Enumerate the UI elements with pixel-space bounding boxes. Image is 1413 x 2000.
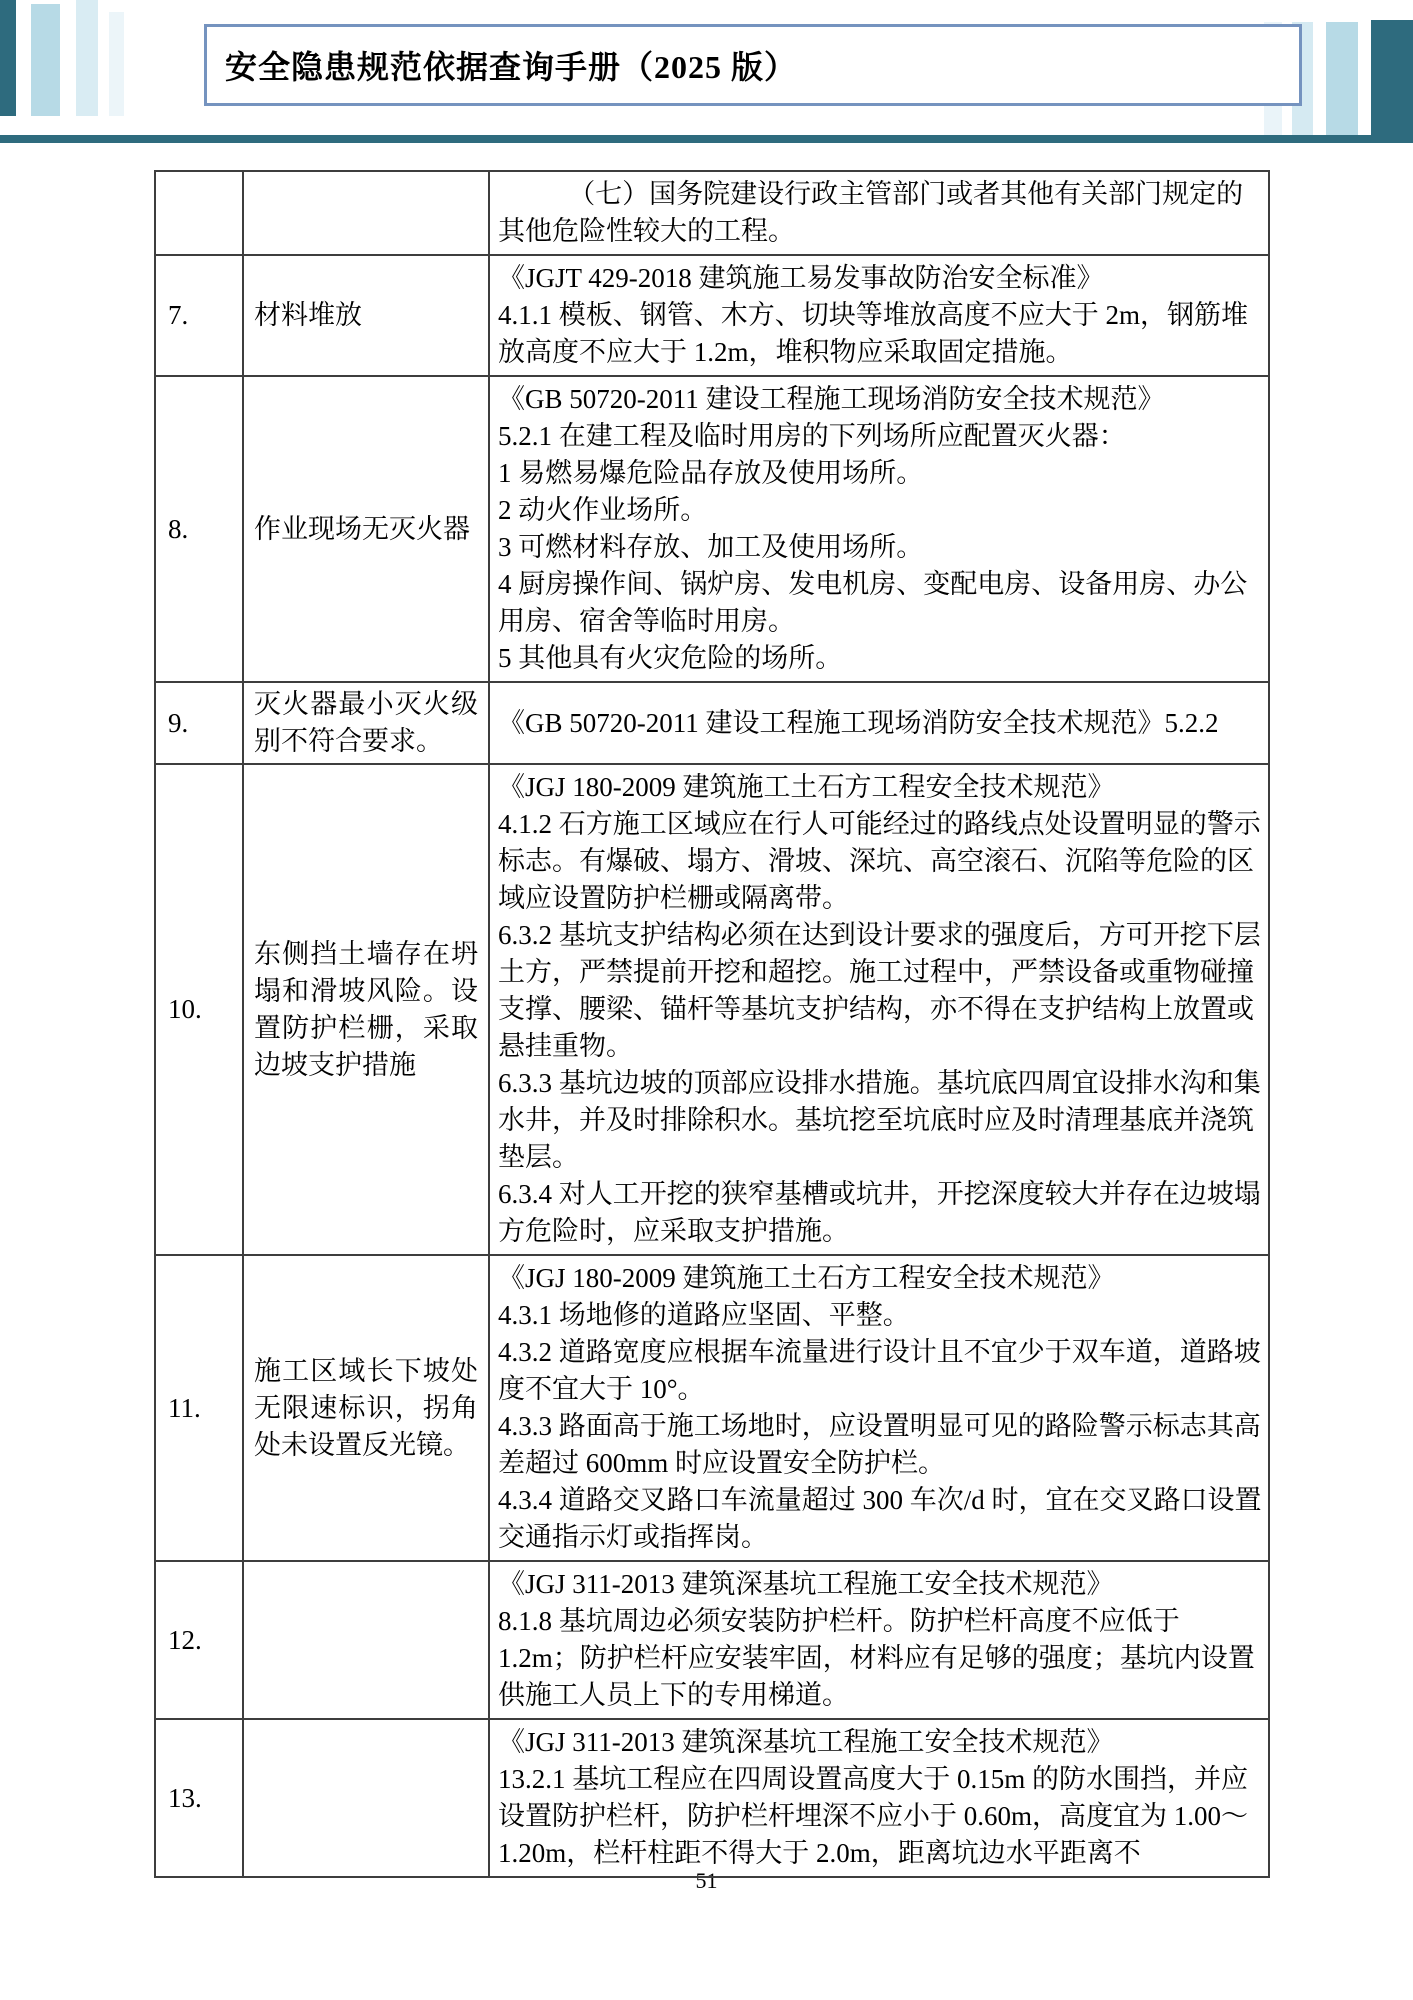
regulation-cell: 《GB 50720-2011 建设工程施工现场消防安全技术规范》5.2.2 [489,682,1269,764]
regulation-paragraph: 1 易燃易爆危险品存放及使用场所。 [498,455,1262,492]
row-number-cell: 10. [155,764,243,1255]
table-row: 12.《JGJ 311-2013 建筑深基坑工程施工安全技术规范》8.1.8 基… [155,1561,1269,1719]
regulation-cell: 《JGJ 311-2013 建筑深基坑工程施工安全技术规范》13.2.1 基坑工… [489,1719,1269,1877]
regulation-paragraph: 《JGJT 429-2018 建筑施工易发事故防治安全标准》 [498,260,1262,297]
decor-bar-left-dark [0,0,16,116]
regulation-paragraph: 4.1.2 石方施工区域应在行人可能经过的路线点处设置明显的警示标志。有爆破、塌… [498,806,1262,917]
regulation-paragraph: 4.3.4 道路交叉路口车流量超过 300 车次/d 时，宜在交叉路口设置交通指… [498,1482,1262,1556]
regulation-paragraph: 5 其他具有火灾危险的场所。 [498,640,1262,677]
row-number-cell: 12. [155,1561,243,1719]
table-row: 10.东侧挡土墙存在坍塌和滑坡风险。设置防护栏栅，采取边坡支护措施《JGJ 18… [155,764,1269,1255]
regulation-paragraph: 《GB 50720-2011 建设工程施工现场消防安全技术规范》 [498,381,1262,418]
regulation-paragraph: 6.3.2 基坑支护结构必须在达到设计要求的强度后，方可开挖下层土方，严禁提前开… [498,917,1262,1065]
regulation-paragraph: 2 动火作业场所。 [498,492,1262,529]
regulation-paragraph: 《JGJ 180-2009 建筑施工土石方工程安全技术规范》 [498,1260,1262,1297]
decor-bar-left-mid [31,4,60,116]
regulation-paragraph: 3 可燃材料存放、加工及使用场所。 [498,529,1262,566]
hazard-cell: 作业现场无灭火器 [243,376,489,682]
regulation-cell: （七）国务院建设行政主管部门或者其他有关部门规定的其他危险性较大的工程。 [489,171,1269,255]
regulation-paragraph: 《JGJ 311-2013 建筑深基坑工程施工安全技术规范》 [498,1724,1262,1761]
table-row: 13.《JGJ 311-2013 建筑深基坑工程施工安全技术规范》13.2.1 … [155,1719,1269,1877]
row-number-cell: 8. [155,376,243,682]
manual-page: 安全隐患规范依据查询手册（2025 版） （七）国务院建设行政主管部门或者其他有… [0,0,1413,2000]
regulation-paragraph: 4.3.2 道路宽度应根据车流量进行设计且不宜少于双车道，道路坡度不宜大于 10… [498,1334,1262,1408]
hazard-cell: 东侧挡土墙存在坍塌和滑坡风险。设置防护栏栅，采取边坡支护措施 [243,764,489,1255]
regulation-paragraph: 6.3.3 基坑边坡的顶部应设排水措施。基坑底四周宜设排水沟和集水井，并及时排除… [498,1065,1262,1176]
regulation-paragraph: 8.1.8 基坑周边必须安装防护栏杆。防护栏杆高度不应低于 1.2m；防护栏杆应… [498,1603,1262,1714]
regulation-paragraph: 5.2.1 在建工程及临时用房的下列场所应配置灭火器： [498,418,1262,455]
table-row: （七）国务院建设行政主管部门或者其他有关部门规定的其他危险性较大的工程。 [155,171,1269,255]
regulation-cell: 《JGJT 429-2018 建筑施工易发事故防治安全标准》4.1.1 模板、钢… [489,255,1269,376]
hazard-cell: 施工区域长下坡处无限速标识，拐角处未设置反光镜。 [243,1255,489,1561]
row-number-cell: 9. [155,682,243,764]
regulation-cell: 《JGJ 311-2013 建筑深基坑工程施工安全技术规范》8.1.8 基坑周边… [489,1561,1269,1719]
hazard-rules-table: （七）国务院建设行政主管部门或者其他有关部门规定的其他危险性较大的工程。7.材料… [154,170,1270,1878]
regulation-paragraph: 《GB 50720-2011 建设工程施工现场消防安全技术规范》5.2.2 [498,705,1262,742]
row-number-cell [155,171,243,255]
table-row: 11.施工区域长下坡处无限速标识，拐角处未设置反光镜。《JGJ 180-2009… [155,1255,1269,1561]
hazard-cell [243,1561,489,1719]
page-title: 安全隐患规范依据查询手册（2025 版） [207,42,797,88]
regulation-paragraph: （七）国务院建设行政主管部门或者其他有关部门规定的其他危险性较大的工程。 [498,176,1262,250]
regulation-cell: 《GB 50720-2011 建设工程施工现场消防安全技术规范》5.2.1 在建… [489,376,1269,682]
regulation-paragraph: 6.3.4 对人工开挖的狭窄基槽或坑井，开挖深度较大并存在边坡塌方危险时，应采取… [498,1176,1262,1250]
decor-bar-left-light [76,0,98,116]
table-row: 9.灭火器最小灭火级别不符合要求。《GB 50720-2011 建设工程施工现场… [155,682,1269,764]
hazard-cell: 灭火器最小灭火级别不符合要求。 [243,682,489,764]
row-number-cell: 7. [155,255,243,376]
regulation-paragraph: 4 厨房操作间、锅炉房、发电机房、变配电房、设备用房、办公用房、宿舍等临时用房。 [498,566,1262,640]
hazard-cell [243,171,489,255]
regulation-cell: 《JGJ 180-2009 建筑施工土石方工程安全技术规范》4.1.2 石方施工… [489,764,1269,1255]
decor-bar-right-dark [1371,20,1413,138]
hazard-cell [243,1719,489,1877]
table-row: 8.作业现场无灭火器《GB 50720-2011 建设工程施工现场消防安全技术规… [155,376,1269,682]
regulation-paragraph: 4.3.1 场地修的道路应坚固、平整。 [498,1297,1262,1334]
row-number-cell: 13. [155,1719,243,1877]
regulation-paragraph: 4.3.3 路面高于施工场地时，应设置明显可见的路险警示标志其高差超过 600m… [498,1408,1262,1482]
decor-bar-right-mid [1326,22,1358,137]
table-row: 7.材料堆放《JGJT 429-2018 建筑施工易发事故防治安全标准》4.1.… [155,255,1269,376]
title-box: 安全隐患规范依据查询手册（2025 版） [204,24,1302,106]
regulation-paragraph: 4.1.1 模板、钢管、木方、切块等堆放高度不应大于 2m，钢筋堆放高度不应大于… [498,297,1262,371]
decor-bar-left-faint [109,12,124,116]
hazard-cell: 材料堆放 [243,255,489,376]
row-number-cell: 11. [155,1255,243,1561]
regulation-cell: 《JGJ 180-2009 建筑施工土石方工程安全技术规范》4.3.1 场地修的… [489,1255,1269,1561]
regulation-paragraph: 13.2.1 基坑工程应在四周设置高度大于 0.15m 的防水围挡，并应设置防护… [498,1761,1262,1872]
regulation-paragraph: 《JGJ 180-2009 建筑施工土石方工程安全技术规范》 [498,769,1262,806]
regulation-paragraph: 《JGJ 311-2013 建筑深基坑工程施工安全技术规范》 [498,1566,1262,1603]
header-divider-rule [0,135,1413,143]
